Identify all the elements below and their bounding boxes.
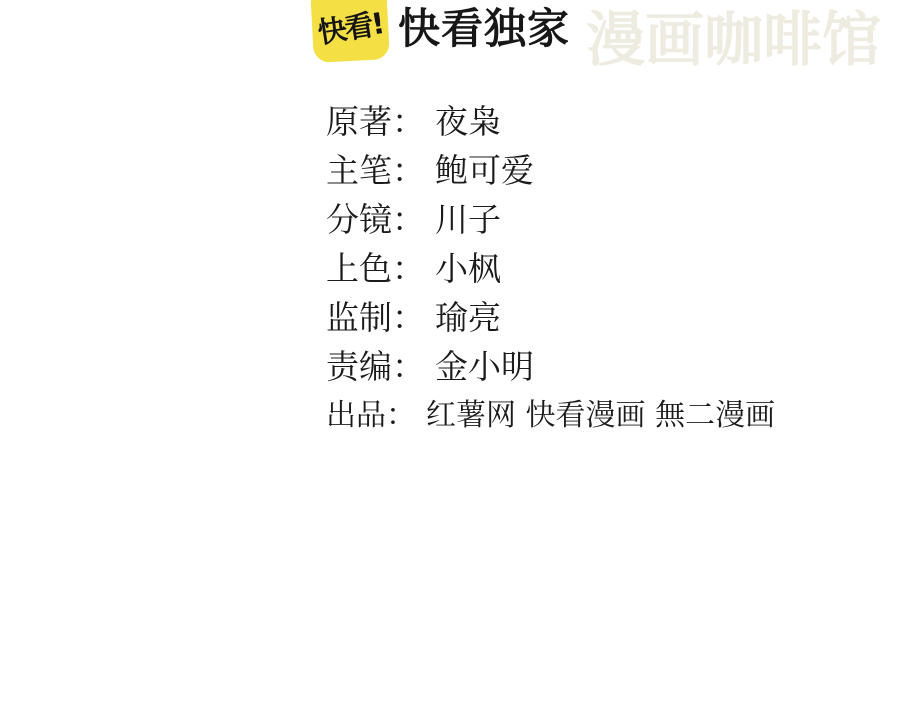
credit-value: 川子 — [435, 195, 501, 244]
credit-row-publisher: 出品 ： 红薯网 快看漫画 無二漫画 — [326, 391, 775, 440]
credit-label: 原著 — [326, 97, 392, 146]
credits-list: 原著 ： 夜枭 主笔 ： 鲍可爱 分镜 ： 川子 上色 ： 小枫 监制 ： 瑜亮… — [326, 97, 775, 440]
credit-row-original-work: 原著 ： 夜枭 — [326, 97, 775, 146]
credit-colon: ： — [392, 195, 425, 244]
watermark-text: 漫画咖啡馆 — [586, 0, 881, 80]
credit-value: 小枫 — [435, 244, 501, 293]
credit-label: 监制 — [326, 293, 392, 342]
page-title: 快看独家 — [398, 0, 570, 58]
credit-value: 金小明 — [435, 342, 534, 391]
credit-row-supervisor: 监制 ： 瑜亮 — [326, 293, 775, 342]
credit-colon: ： — [386, 391, 416, 440]
credit-label: 上色 — [326, 244, 392, 293]
comic-credits-page: 漫画咖啡馆 快看! 快看独家 原著 ： 夜枭 主笔 ： 鲍可爱 分镜 ： 川子 … — [0, 0, 900, 702]
credit-row-lead-artist: 主笔 ： 鲍可爱 — [326, 146, 775, 195]
credit-value: 鲍可爱 — [435, 146, 534, 195]
kuaikan-logo-icon: 快看! — [310, 0, 390, 63]
credit-colon: ： — [392, 342, 425, 391]
credit-colon: ： — [392, 293, 425, 342]
kuaikan-logo-label: 快看! — [314, 0, 386, 52]
credit-row-editor: 责编 ： 金小明 — [326, 342, 775, 391]
credit-label: 责编 — [326, 342, 392, 391]
credit-label: 主笔 — [326, 146, 392, 195]
credit-colon: ： — [392, 244, 425, 293]
credit-colon: ： — [392, 146, 425, 195]
credit-value: 红薯网 快看漫画 無二漫画 — [426, 391, 775, 440]
credit-value: 瑜亮 — [435, 293, 501, 342]
credit-label: 出品 — [326, 391, 386, 440]
credit-row-coloring: 上色 ： 小枫 — [326, 244, 775, 293]
credit-value: 夜枭 — [435, 97, 501, 146]
credit-row-storyboard: 分镜 ： 川子 — [326, 195, 775, 244]
credit-label: 分镜 — [326, 195, 392, 244]
credit-colon: ： — [392, 97, 425, 146]
